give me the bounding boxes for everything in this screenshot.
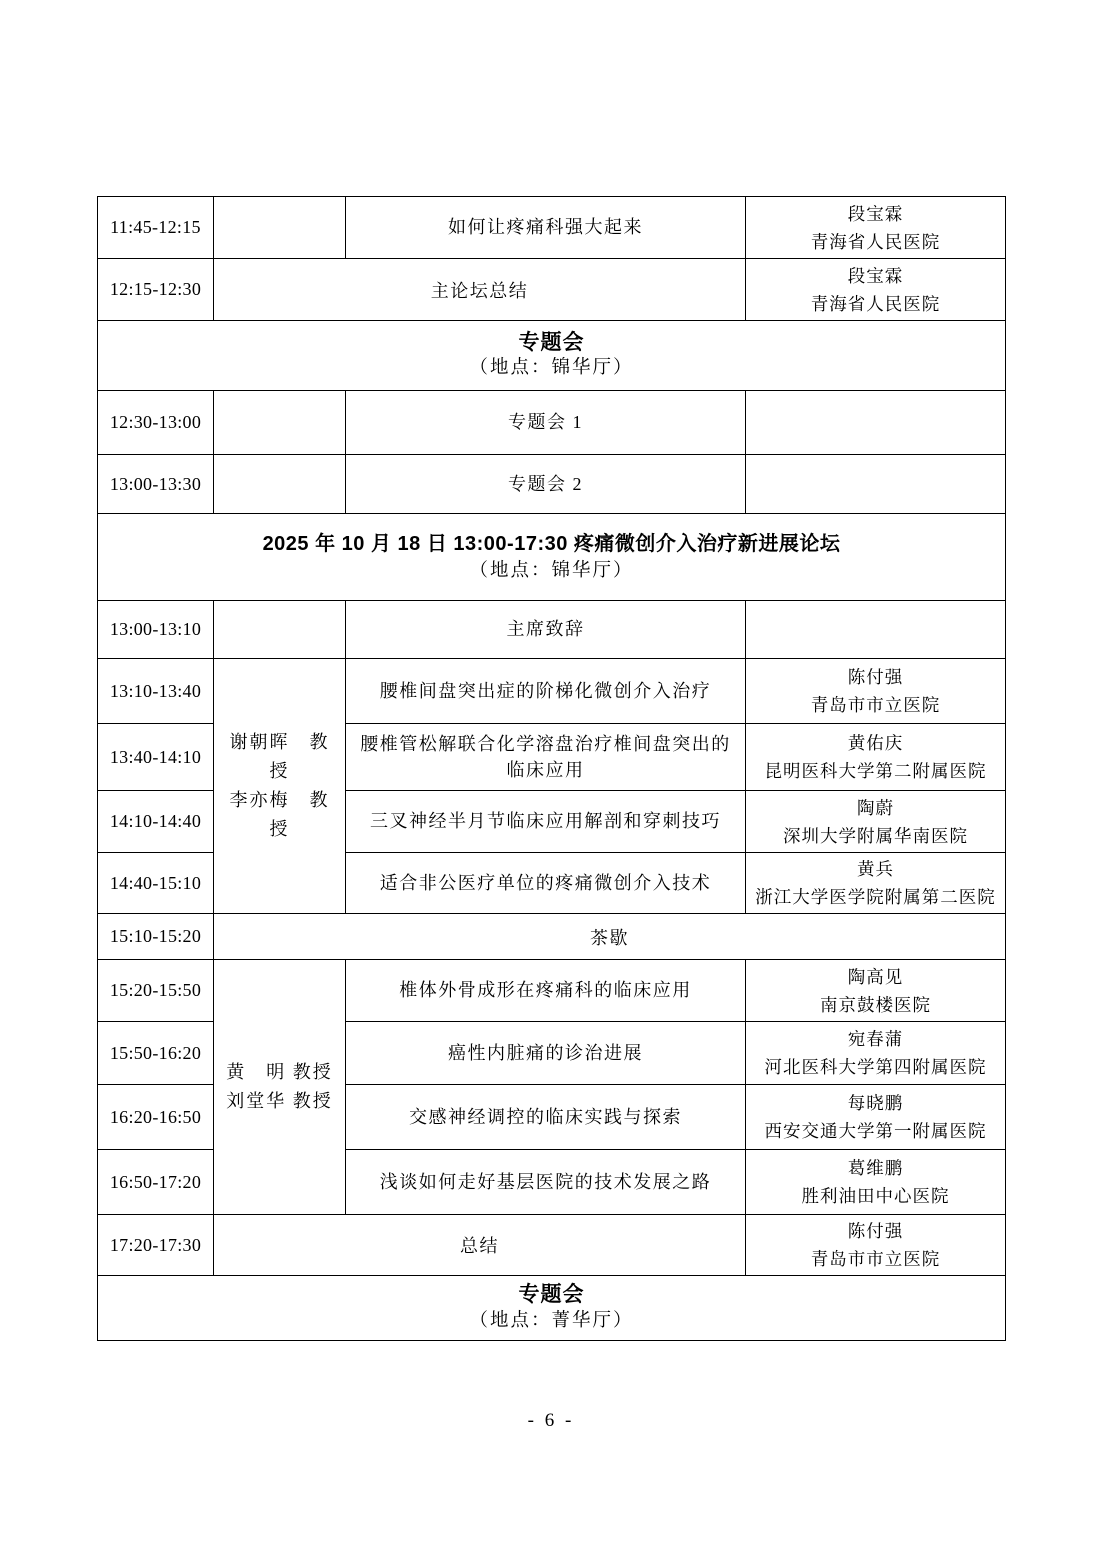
section-row: 专题会 （地点：锦华厅） — [98, 321, 1006, 391]
topic-cell: 专题会 1 — [346, 391, 746, 455]
speaker-name: 陈付强 — [754, 1217, 997, 1245]
session-title: 专题会 — [106, 329, 997, 356]
speaker-cell: 每晓鹏 西安交通大学第一附属医院 — [746, 1085, 1006, 1150]
speaker-name: 段宝霖 — [754, 262, 997, 290]
session-location: （地点：锦华厅） — [106, 559, 997, 585]
speaker-name: 宛春蒲 — [754, 1025, 997, 1053]
topic-cell: 总结 — [214, 1215, 746, 1276]
moderator-name: 刘堂华 教授 — [222, 1087, 337, 1116]
speaker-hospital: 青海省人民医院 — [754, 228, 997, 256]
speaker-hospital: 青海省人民医院 — [754, 290, 997, 318]
speaker-cell: 陶蔚 深圳大学附属华南医院 — [746, 791, 1006, 853]
speaker-cell-empty — [746, 391, 1006, 455]
moderator-cell: 黄 明 教授 刘堂华 教授 — [214, 960, 346, 1215]
speaker-name: 段宝霖 — [754, 200, 997, 228]
schedule-row: 13:00-13:30 专题会 2 — [98, 455, 1006, 514]
speaker-hospital: 昆明医科大学第二附属医院 — [754, 757, 997, 785]
time-cell: 14:10-14:40 — [98, 791, 214, 853]
speaker-hospital: 河北医科大学第四附属医院 — [754, 1053, 997, 1081]
speaker-name: 每晓鹏 — [754, 1089, 997, 1117]
moderator-name: 黄 明 教授 — [222, 1058, 337, 1087]
speaker-cell: 黄佑庆 昆明医科大学第二附属医院 — [746, 724, 1006, 791]
topic-cell: 茶歇 — [214, 914, 1006, 960]
speaker-cell: 段宝霖 青海省人民医院 — [746, 197, 1006, 259]
page-number: - 6 - — [0, 1410, 1102, 1432]
speaker-name: 黄佑庆 — [754, 729, 997, 757]
schedule-row: 13:10-13:40 谢朝晖 教授 李亦梅 教授 腰椎间盘突出症的阶梯化微创介… — [98, 659, 1006, 724]
speaker-name: 黄兵 — [754, 855, 997, 883]
time-cell: 15:10-15:20 — [98, 914, 214, 960]
topic-cell: 癌性内脏痛的诊治进展 — [346, 1022, 746, 1085]
topic-cell: 如何让疼痛科强大起来 — [346, 197, 746, 259]
time-cell: 12:30-13:00 — [98, 391, 214, 455]
speaker-cell: 段宝霖 青海省人民医院 — [746, 259, 1006, 321]
document-page: 11:45-12:15 如何让疼痛科强大起来 段宝霖 青海省人民医院 12:15… — [0, 0, 1102, 1559]
speaker-cell: 宛春蒲 河北医科大学第四附属医院 — [746, 1022, 1006, 1085]
topic-cell: 主席致辞 — [346, 601, 746, 659]
topic-cell: 主论坛总结 — [214, 259, 746, 321]
time-cell: 16:20-16:50 — [98, 1085, 214, 1150]
speaker-name: 陶蔚 — [754, 794, 997, 822]
speaker-cell: 陈付强 青岛市市立医院 — [746, 1215, 1006, 1276]
time-cell: 15:50-16:20 — [98, 1022, 214, 1085]
speaker-hospital: 南京鼓楼医院 — [754, 991, 997, 1019]
time-cell: 14:40-15:10 — [98, 853, 214, 914]
section-cell: 专题会 （地点：锦华厅） — [98, 321, 1006, 391]
section-cell: 专题会 （地点：菁华厅） — [98, 1276, 1006, 1341]
topic-cell: 适合非公医疗单位的疼痛微创介入技术 — [346, 853, 746, 914]
speaker-name: 陈付强 — [754, 663, 997, 691]
schedule-row: 17:20-17:30 总结 陈付强 青岛市市立医院 — [98, 1215, 1006, 1276]
time-cell: 13:00-13:10 — [98, 601, 214, 659]
time-cell: 13:10-13:40 — [98, 659, 214, 724]
speaker-name: 葛维鹏 — [754, 1154, 997, 1182]
section-cell: 2025 年 10 月 18 日 13:00-17:30 疼痛微创介入治疗新进展… — [98, 514, 1006, 601]
time-cell: 13:40-14:10 — [98, 724, 214, 791]
schedule-row: 12:15-12:30 主论坛总结 段宝霖 青海省人民医院 — [98, 259, 1006, 321]
topic-cell: 交感神经调控的临床实践与探索 — [346, 1085, 746, 1150]
schedule-table: 11:45-12:15 如何让疼痛科强大起来 段宝霖 青海省人民医院 12:15… — [97, 196, 1006, 1341]
moderator-cell: 谢朝晖 教授 李亦梅 教授 — [214, 659, 346, 914]
speaker-cell: 陈付强 青岛市市立医院 — [746, 659, 1006, 724]
topic-cell: 腰椎间盘突出症的阶梯化微创介入治疗 — [346, 659, 746, 724]
topic-cell: 椎体外骨成形在疼痛科的临床应用 — [346, 960, 746, 1022]
time-cell: 15:20-15:50 — [98, 960, 214, 1022]
speaker-hospital: 西安交通大学第一附属医院 — [754, 1117, 997, 1145]
schedule-row: 15:20-15:50 黄 明 教授 刘堂华 教授 椎体外骨成形在疼痛科的临床应… — [98, 960, 1006, 1022]
speaker-hospital: 深圳大学附属华南医院 — [754, 822, 997, 850]
schedule-row: 15:10-15:20 茶歇 — [98, 914, 1006, 960]
time-cell: 12:15-12:30 — [98, 259, 214, 321]
topic-cell: 浅谈如何走好基层医院的技术发展之路 — [346, 1150, 746, 1215]
session-title: 专题会 — [106, 1281, 997, 1308]
moderator-name: 谢朝晖 教授 — [222, 728, 337, 786]
speaker-hospital: 青岛市市立医院 — [754, 1245, 997, 1273]
session-location: （地点：锦华厅） — [106, 356, 997, 382]
schedule-row: 13:00-13:10 主席致辞 — [98, 601, 1006, 659]
speaker-cell-empty — [746, 601, 1006, 659]
speaker-name: 陶高见 — [754, 963, 997, 991]
speaker-hospital: 青岛市市立医院 — [754, 691, 997, 719]
time-cell: 13:00-13:30 — [98, 455, 214, 514]
section-row: 2025 年 10 月 18 日 13:00-17:30 疼痛微创介入治疗新进展… — [98, 514, 1006, 601]
moderator-name: 李亦梅 教授 — [222, 786, 337, 844]
speaker-cell: 黄兵 浙江大学医学院附属第二医院 — [746, 853, 1006, 914]
schedule-row: 11:45-12:15 如何让疼痛科强大起来 段宝霖 青海省人民医院 — [98, 197, 1006, 259]
moderator-cell-empty — [214, 601, 346, 659]
moderator-cell-empty — [214, 197, 346, 259]
time-cell: 16:50-17:20 — [98, 1150, 214, 1215]
speaker-hospital: 浙江大学医学院附属第二医院 — [754, 883, 997, 911]
time-cell: 17:20-17:30 — [98, 1215, 214, 1276]
session-title: 2025 年 10 月 18 日 13:00-17:30 疼痛微创介入治疗新进展… — [106, 529, 997, 559]
schedule-row: 12:30-13:00 专题会 1 — [98, 391, 1006, 455]
speaker-cell: 葛维鹏 胜利油田中心医院 — [746, 1150, 1006, 1215]
session-location: （地点：菁华厅） — [106, 1309, 997, 1335]
speaker-cell: 陶高见 南京鼓楼医院 — [746, 960, 1006, 1022]
section-row: 专题会 （地点：菁华厅） — [98, 1276, 1006, 1341]
topic-cell: 腰椎管松解联合化学溶盘治疗椎间盘突出的临床应用 — [346, 724, 746, 791]
speaker-cell-empty — [746, 455, 1006, 514]
moderator-cell-empty — [214, 391, 346, 455]
speaker-hospital: 胜利油田中心医院 — [754, 1182, 997, 1210]
time-cell: 11:45-12:15 — [98, 197, 214, 259]
moderator-cell-empty — [214, 455, 346, 514]
topic-cell: 专题会 2 — [346, 455, 746, 514]
topic-cell: 三叉神经半月节临床应用解剖和穿刺技巧 — [346, 791, 746, 853]
